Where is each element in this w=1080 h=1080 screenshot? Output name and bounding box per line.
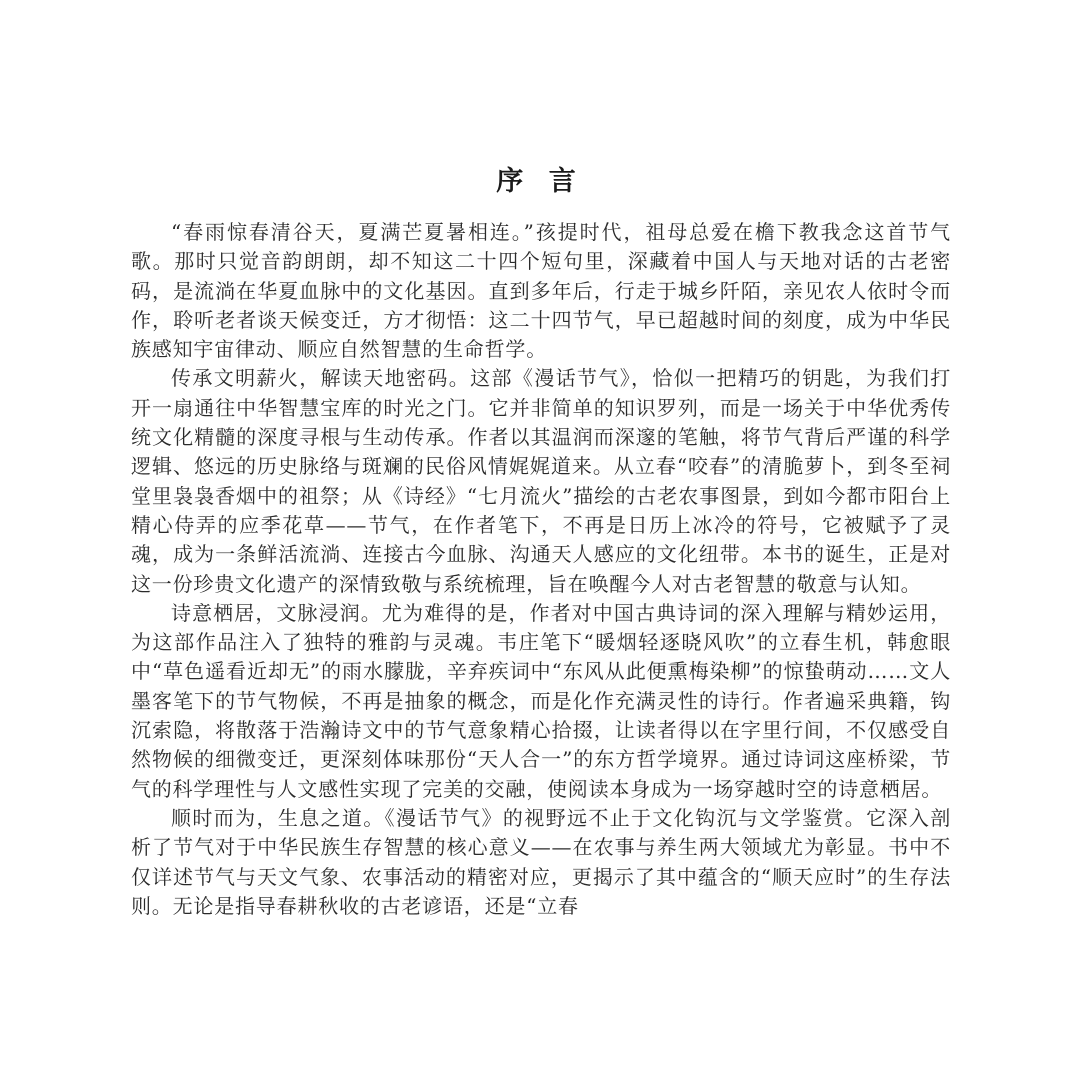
paragraph: 顺时而为，生息之道。《漫话节气》的视野远不止于文化钩沉与文学鉴赏。它深入剖析了节… [131, 804, 951, 921]
body-text: “春雨惊春清谷天，夏满芒夏暑相连。”孩提时代，祖母总爱在檐下教我念这首节气歌。那… [131, 218, 951, 921]
paragraph: 诗意栖居，文脉浸润。尤为难得的是，作者对中国古典诗词的深入理解与精妙运用，为这部… [131, 599, 951, 804]
paragraph: “春雨惊春清谷天，夏满芒夏暑相连。”孩提时代，祖母总爱在檐下教我念这首节气歌。那… [131, 218, 951, 364]
page-title: 序 言 [0, 164, 1080, 200]
paragraph: 传承文明薪火，解读天地密码。这部《漫话节气》，恰似一把精巧的钥匙，为我们打开一扇… [131, 364, 951, 598]
